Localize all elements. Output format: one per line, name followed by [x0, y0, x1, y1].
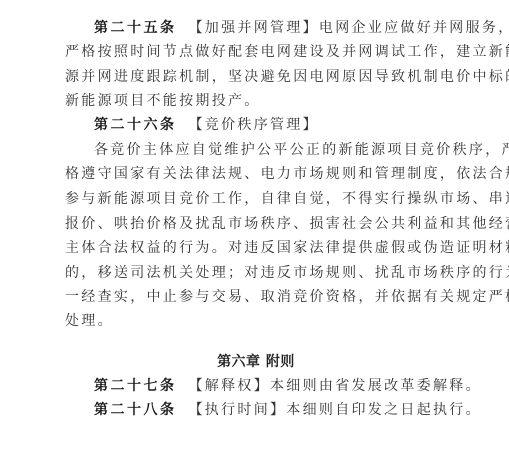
article-26-line-6: 的，移送司法机关处理；对违反市场规则、扰乱市场秩序的行为， [65, 263, 509, 283]
article-28-title: 【执行时间】 [189, 402, 287, 418]
article-27-number: 第二十七条 [94, 378, 177, 394]
article-26-title: 【竞价秩序管理】 [189, 117, 319, 133]
article-26-line-3: 参与新能源项目竞价工作，自律自觉，不得实行操纵市场、串通 [65, 189, 509, 209]
article-26-line-1: 各竞价主体应自觉维护公平公正的新能源项目竞价秩序，严 [94, 140, 509, 160]
article-28-number: 第二十八条 [94, 402, 177, 418]
article-26-line-2: 格遵守国家有关法律法规、电力市场规则和管理制度，依法合规 [65, 164, 509, 184]
article-27: 第二十七条【解释权】本细则由省发展改革委解释。 [94, 376, 482, 396]
article-26-heading: 第二十六条【竞价秩序管理】 [94, 115, 319, 135]
article-26-line-7: 一经查实，中止参与交易、取消竞价资格，并依据有关规定严格 [65, 287, 509, 307]
article-25-line-3: 源并网进度跟踪机制，坚决避免因电网原因导致机制电价中标的 [65, 67, 509, 87]
article-28-text: 本细则自印发之日起执行。 [286, 402, 482, 418]
article-26-line-8: 处理。 [65, 311, 114, 331]
article-25-title: 【加强并网管理】 [189, 20, 319, 36]
article-26-line-4: 报价、哄抬价格及扰乱市场秩序、损害社会公共利益和其他经营 [65, 214, 509, 234]
article-27-title: 【解释权】 [189, 378, 271, 394]
article-25-first-line: 第二十五条【加强并网管理】电网企业应做好并网服务， [94, 18, 509, 38]
article-25-text: 电网企业应做好并网服务， [319, 20, 509, 36]
article-26-number: 第二十六条 [94, 117, 177, 133]
article-28: 第二十八条【执行时间】本细则自印发之日起执行。 [94, 400, 482, 420]
article-25-number: 第二十五条 [94, 20, 177, 36]
chapter-heading: 第六章 附则 [65, 352, 447, 372]
article-25-line-2: 严格按照时间节点做好配套电网建设及并网调试工作，建立新能 [65, 42, 509, 62]
article-25-line-4: 新能源项目不能按期投产。 [65, 91, 261, 111]
article-26-line-5: 主体合法权益的行为。对违反国家法律提供虚假或伪造证明材料 [65, 238, 509, 258]
article-27-text: 本细则由省发展改革委解释。 [270, 378, 482, 394]
